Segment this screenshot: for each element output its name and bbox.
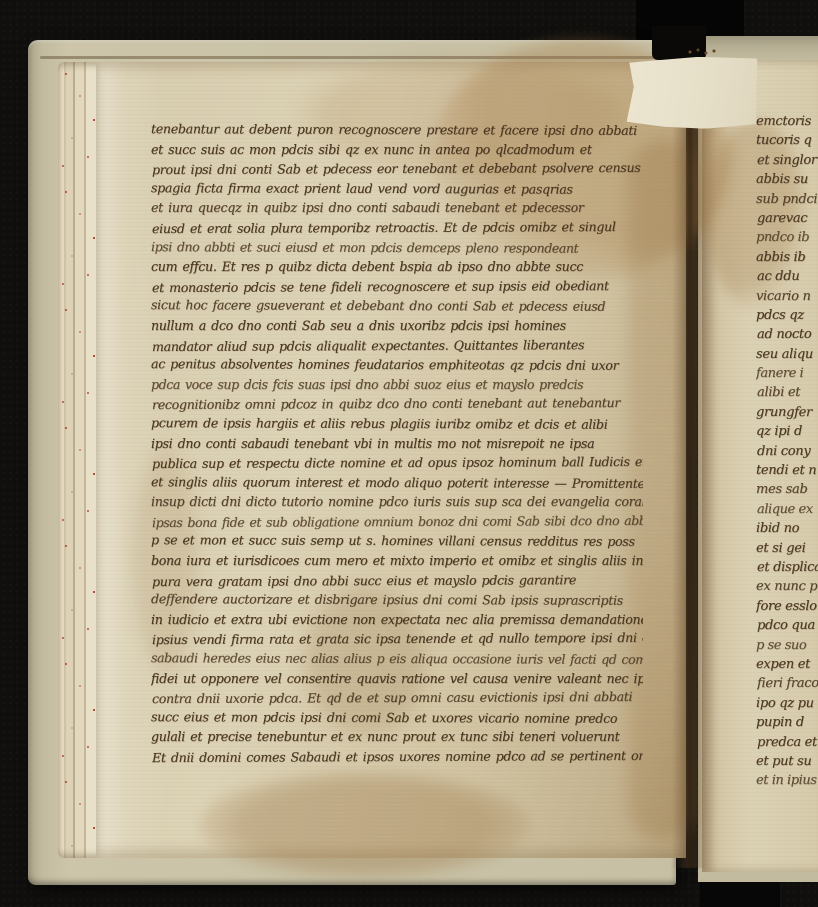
manuscript-line: publica sup et respectu dicte nomine et … bbox=[152, 452, 643, 474]
manuscript-line-fragment: pdco qua bbox=[757, 616, 818, 636]
manuscript-line-fragment: pdcs qz bbox=[756, 306, 818, 325]
manuscript-line-fragment: et in ipius bbox=[756, 771, 818, 790]
left-page-text-block: tenebantur aut debent puron recognoscere… bbox=[151, 120, 643, 772]
manuscript-line: insup dicti dni dicto tutorio nomine pdc… bbox=[151, 492, 643, 512]
manuscript-line-fragment: expen et bbox=[756, 655, 818, 674]
cover-top-edge-line bbox=[40, 56, 668, 59]
manuscript-line: et iura quecqz in quibz ipsi dno conti s… bbox=[151, 198, 643, 218]
manuscript-line: cum effcu. Et res p quibz dicta debent b… bbox=[151, 257, 643, 277]
manuscript-line: prout ipsi dni conti Sab et pdecess eor … bbox=[152, 158, 643, 180]
manuscript-line: gulali et precise tenebuntur et ex nunc … bbox=[151, 727, 643, 747]
manuscript-line-fragment: garevac bbox=[757, 209, 818, 229]
manuscript-line: Et dnii domini comes Sabaudi et ipsos ux… bbox=[152, 746, 643, 768]
manuscript-line: ipsi dno conti sabaudi tenebant vbi in m… bbox=[151, 434, 643, 454]
manuscript-line: et singlis aliis quorum interest et modo… bbox=[151, 472, 643, 493]
manuscript-line: p se et mon et succ suis semp ut s. homi… bbox=[151, 531, 643, 552]
manuscript-line: eiusd et erat solia plura temporibz retr… bbox=[152, 217, 643, 239]
manuscript-line: ipsas bona fide et sub obligatione omniu… bbox=[152, 511, 643, 533]
manuscript-line-fragment: fanere i bbox=[756, 364, 818, 383]
manuscript-line: et monasterio pdcis se tene fideli recog… bbox=[152, 276, 643, 298]
manuscript-line-fragment: dni cony bbox=[757, 442, 818, 462]
manuscript-line-fragment: predca et bbox=[757, 732, 818, 752]
manuscript-line: pdca voce sup dcis fcis suas ipsi dno ab… bbox=[151, 375, 643, 395]
manuscript-line-fragment: emctoris bbox=[756, 112, 818, 131]
manuscript-line: mandator aliud sup pdcis aliqualit expec… bbox=[152, 334, 643, 356]
right-page-text-block: emctoristucoris qet singlorabbis susub p… bbox=[756, 112, 818, 792]
manuscript-line: et succ suis ac mon pdcis sibi qz ex nun… bbox=[151, 140, 643, 160]
manuscript-line: spagia ficta firma exact prient laud ven… bbox=[151, 178, 643, 199]
manuscript-line: deffendere auctorizare et disbrigare ips… bbox=[151, 589, 643, 610]
manuscript-photo: tenebantur aut debent puron recognoscere… bbox=[0, 0, 818, 907]
manuscript-line-fragment: vicario n bbox=[756, 286, 818, 306]
manuscript-line: sicut hoc facere gsueverant et debebant … bbox=[151, 295, 643, 316]
manuscript-line-fragment: tucoris q bbox=[756, 131, 818, 150]
manuscript-line-fragment: mes sab bbox=[756, 480, 818, 499]
manuscript-line-fragment: alibi et bbox=[757, 383, 818, 403]
manuscript-line-fragment: ac ddu bbox=[757, 267, 818, 287]
manuscript-line: ipsius vendi firma rata et grata sic ips… bbox=[152, 628, 643, 650]
manuscript-line-fragment: ex nunc p bbox=[756, 577, 818, 597]
manuscript-line-fragment: p se suo bbox=[756, 635, 818, 655]
manuscript-line-fragment: pndco ib bbox=[756, 228, 818, 248]
manuscript-line-fragment: grungfer bbox=[756, 403, 818, 423]
manuscript-line-fragment: ad nocto bbox=[757, 325, 818, 345]
bottom-page-edges bbox=[88, 853, 656, 875]
manuscript-line-fragment: pupin d bbox=[756, 713, 818, 732]
manuscript-line-fragment: et displica bbox=[757, 558, 818, 578]
manuscript-line-fragment: abbis ib bbox=[756, 248, 818, 267]
manuscript-line: sabaudi heredes eius nec alias alius p e… bbox=[151, 648, 643, 669]
manuscript-line-fragment: tendi et n bbox=[756, 461, 818, 481]
gutter-shadow bbox=[672, 56, 706, 868]
manuscript-line: ac penitus absolventes homines feudatari… bbox=[151, 354, 643, 375]
manuscript-line-fragment: seu aliqu bbox=[756, 345, 818, 365]
manuscript-line-fragment: fieri fraco bbox=[757, 674, 818, 694]
manuscript-line-fragment: sub pndci bbox=[756, 190, 818, 209]
manuscript-line-fragment: et singlor bbox=[757, 151, 818, 171]
manuscript-line-fragment: alique ex bbox=[757, 500, 818, 520]
manuscript-line-fragment: et put su bbox=[756, 752, 818, 772]
manuscript-line-fragment: qz ipi d bbox=[756, 422, 818, 441]
manuscript-line-fragment: abbis su bbox=[756, 170, 818, 190]
manuscript-line: contra dnii uxorie pdca. Et qd de et sup… bbox=[152, 687, 643, 709]
manuscript-line: tenebantur aut debent puron recognoscere… bbox=[151, 120, 643, 140]
manuscript-line: recognitionibz omni pdcoz in quibz dco d… bbox=[152, 393, 643, 415]
manuscript-line-fragment: fore esslo bbox=[756, 597, 818, 616]
manuscript-line: nullum a dco dno conti Sab seu a dnis ux… bbox=[151, 316, 643, 336]
manuscript-line-fragment: ipo qz pu bbox=[756, 694, 818, 714]
manuscript-line: pcurem de ipsis hargiis et aliis rebus p… bbox=[151, 413, 643, 434]
repair-patch bbox=[625, 56, 758, 131]
manuscript-line: ipsi dno abbti et suci eiusd et mon pdci… bbox=[151, 237, 643, 258]
manuscript-line: pura vera gratam ipsi dno abbi succ eius… bbox=[152, 570, 643, 592]
manuscript-line: bona iura et iurisdicoes cum mero et mix… bbox=[151, 551, 643, 571]
manuscript-line-fragment: et si gei bbox=[756, 539, 818, 558]
manuscript-line: succ eius et mon pdcis ipsi dni comi Sab… bbox=[151, 707, 643, 728]
manuscript-line-fragment: ibid no bbox=[756, 519, 818, 539]
manuscript-line: in iudicio et extra ubi evictione non ex… bbox=[151, 610, 643, 630]
manuscript-line: fidei ut opponere vel consentire quavis … bbox=[151, 669, 643, 689]
